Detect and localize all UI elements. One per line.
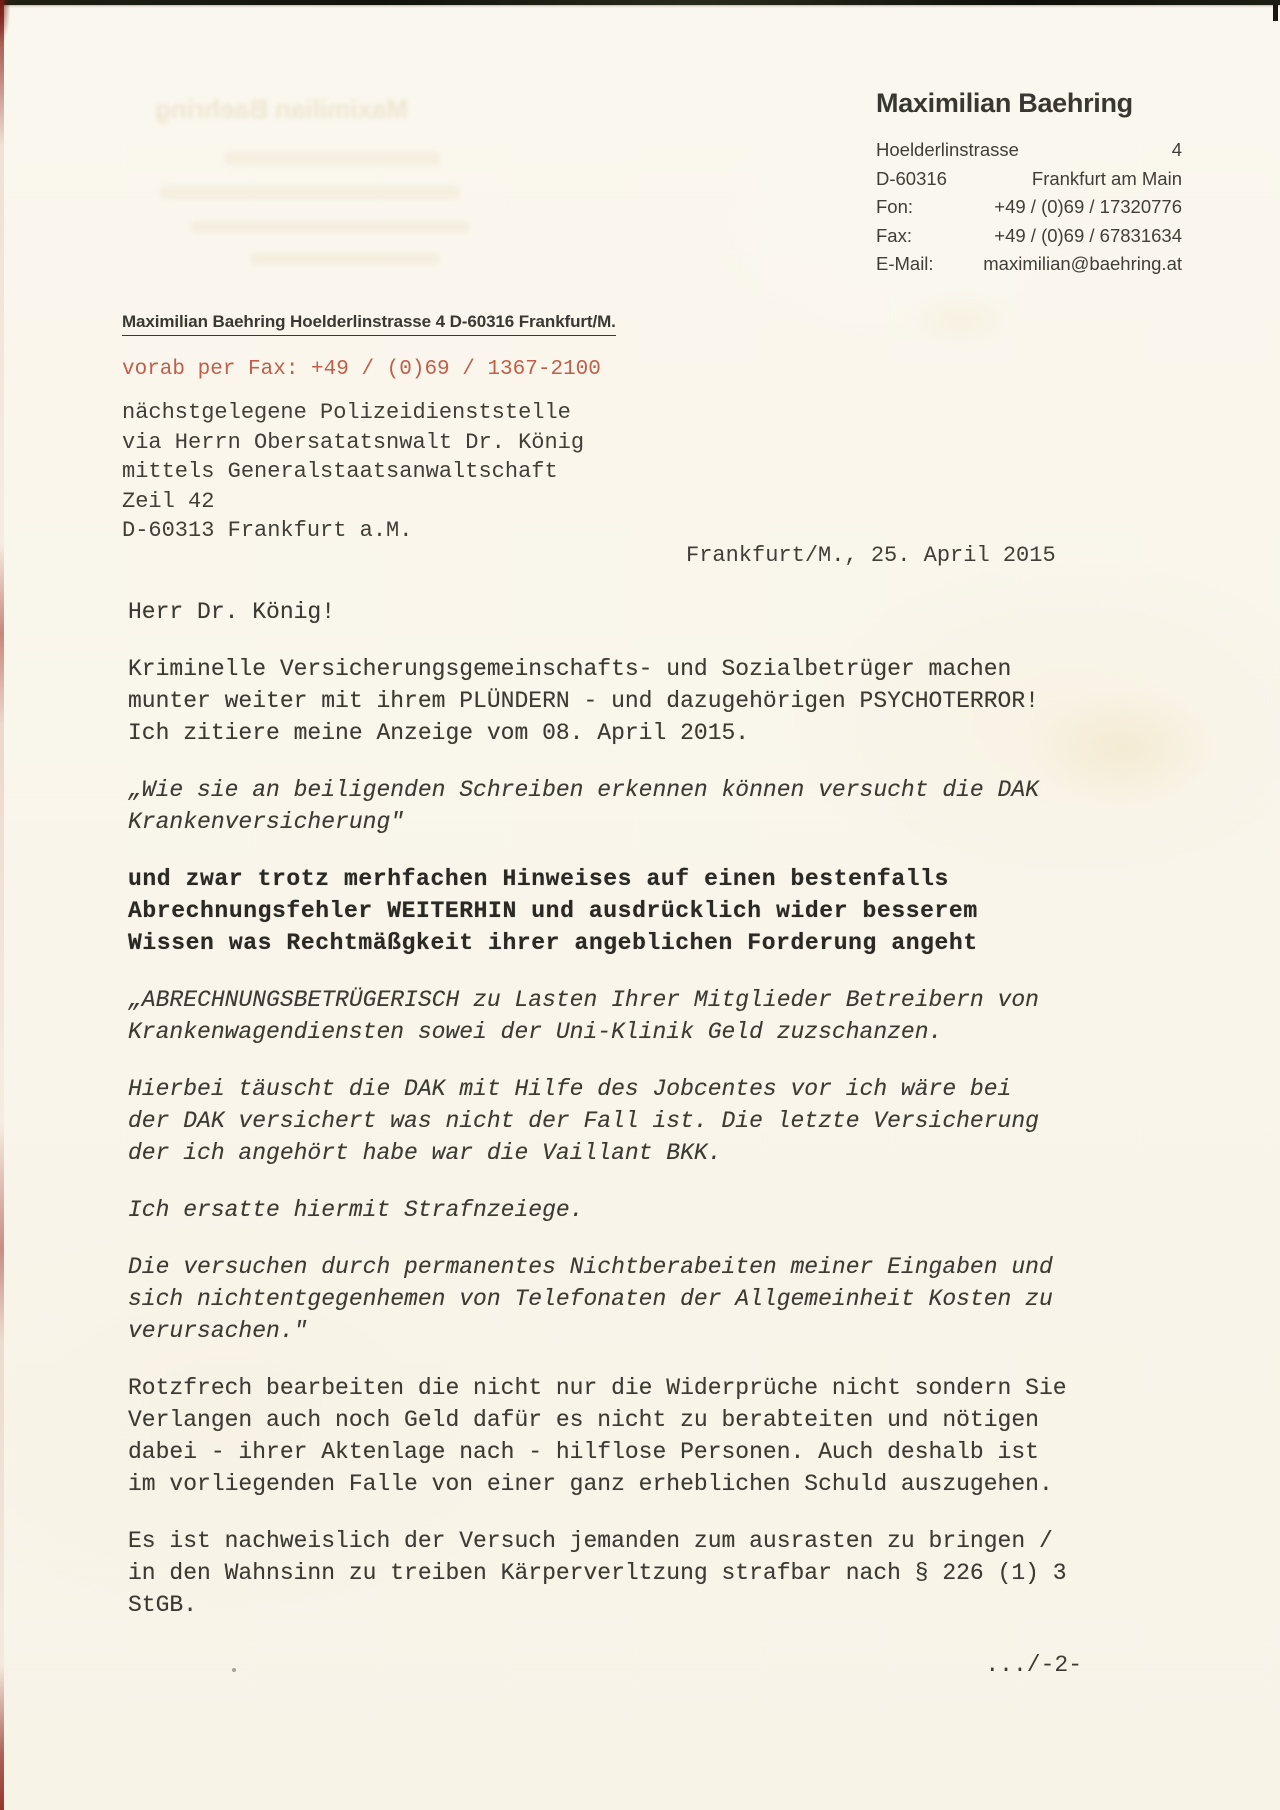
letterhead: Maximilian Baehring Hoelderlinstrasse 4 … (876, 88, 1182, 279)
letterhead-street-number: 4 (1172, 136, 1182, 165)
recipient-line: mittels Generalstaatsanwaltschaft (122, 457, 584, 487)
salutation: Herr Dr. König! (128, 596, 1208, 628)
page-continuation-marker: .../-2- (985, 1652, 1082, 1678)
bleed-through-line (250, 253, 440, 265)
letterhead-fax-label: Fax: (876, 222, 912, 251)
paragraph: Kriminelle Versicherungsgemeinschafts- u… (128, 653, 1208, 749)
bleed-through-ghost: Maximilian Baehring (88, 94, 408, 125)
letterhead-city: Frankfurt am Main (1032, 165, 1182, 194)
recipient-address: nächstgelegene Polizeidienststelle via H… (122, 398, 584, 546)
recipient-line: nächstgelegene Polizeidienststelle (122, 398, 584, 428)
letterhead-name: Maximilian Baehring (876, 88, 1182, 119)
scan-edge-top (0, 0, 1280, 5)
scanned-letter-page: Maximilian Baehring Maximilian Baehring … (0, 0, 1280, 1810)
paragraph-quote: Die versuchen durch permanentes Nichtber… (128, 1251, 1208, 1347)
letterhead-phone-value: +49 / (0)69 / 17320776 (994, 193, 1182, 222)
letterhead-zip: D-60316 (876, 165, 947, 194)
paragraph: Es ist nachweislich der Versuch jemanden… (128, 1525, 1208, 1621)
paper-speck (232, 1668, 236, 1672)
scan-notch (1273, 5, 1278, 21)
letterhead-phone-label: Fon: (876, 193, 913, 222)
scan-corner-smudge (0, 0, 10, 42)
sender-return-address: Maximilian Baehring Hoelderlinstrasse 4 … (122, 312, 616, 336)
recipient-line: via Herrn Obersatatsnwalt Dr. König (122, 428, 584, 458)
letterhead-email-row: E-Mail: maximilian@baehring.at (876, 250, 1182, 279)
paragraph-quote: Hierbei täuscht die DAK mit Hilfe des Jo… (128, 1073, 1208, 1169)
paragraph-quote: „ABRECHNUNGSBETRÜGERISCH zu Lasten Ihrer… (128, 984, 1208, 1048)
recipient-line: D-60313 Frankfurt a.M. (122, 516, 584, 546)
letterhead-fax-row: Fax: +49 / (0)69 / 67831634 (876, 222, 1182, 251)
paragraph: Rotzfrech bearbeiten die nicht nur die W… (128, 1372, 1208, 1500)
letterhead-phone-row: Fon: +49 / (0)69 / 17320776 (876, 193, 1182, 222)
fax-advance-note: vorab per Fax: +49 / (0)69 / 1367-2100 (122, 358, 601, 381)
paragraph-emphasis: und zwar trotz merhfachen Hinweises auf … (128, 863, 1208, 959)
dateline: Frankfurt/M., 25. April 2015 (686, 543, 1056, 568)
letterhead-street-row: Hoelderlinstrasse 4 (876, 136, 1182, 165)
bleed-through-line (160, 186, 460, 199)
letterhead-city-row: D-60316 Frankfurt am Main (876, 165, 1182, 194)
letterhead-email-label: E-Mail: (876, 250, 934, 279)
paper-stain (905, 290, 1015, 350)
letterhead-street: Hoelderlinstrasse (876, 136, 1019, 165)
scan-edge-left (0, 0, 4, 1810)
letter-body: Herr Dr. König! Kriminelle Versicherungs… (128, 596, 1208, 1646)
paragraph-quote: Ich ersatte hiermit Strafnzeiege. (128, 1194, 1208, 1226)
letterhead-fax-value: +49 / (0)69 / 67831634 (994, 222, 1182, 251)
bleed-through-line (225, 152, 440, 165)
letterhead-email-value: maximilian@baehring.at (983, 250, 1182, 279)
bleed-through-line (190, 221, 470, 233)
paragraph-quote: „Wie sie an beiligenden Schreiben erkenn… (128, 774, 1208, 838)
recipient-line: Zeil 42 (122, 487, 584, 517)
